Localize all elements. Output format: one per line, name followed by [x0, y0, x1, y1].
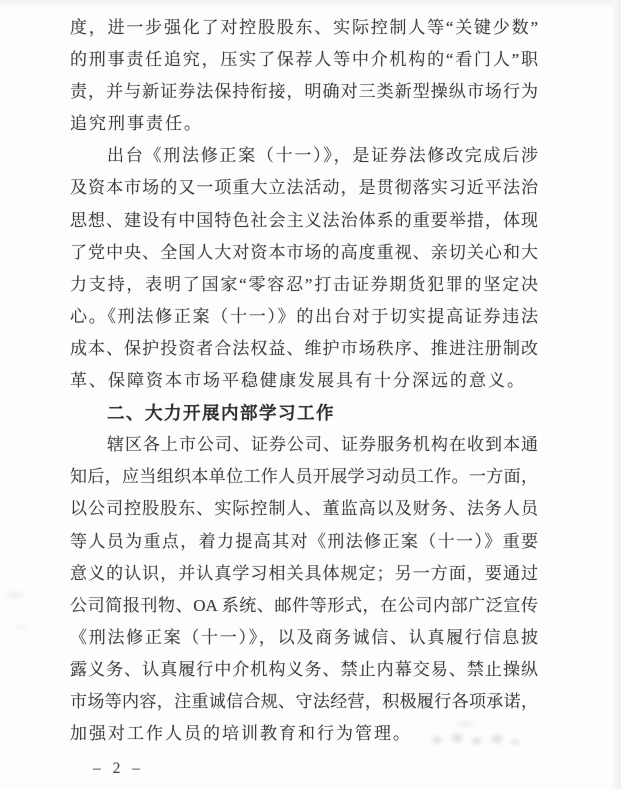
text-line: 知后，应当组织本单位工作人员开展学习动员工作。一方面， [70, 461, 538, 493]
text-line: 意义的认识，并认真学习相关具体规定；另一方面，要通过 [70, 558, 538, 590]
text-line: 了党中央、全国人大对资本市场的高度重视、亲切关心和大 [70, 237, 538, 269]
text-line: 加强对工作人员的培训教育和行为管理。 [70, 718, 538, 750]
text-line: 《刑法修正案（十一）》，以及商务诚信、认真履行信息披 [70, 622, 538, 654]
text-line: 及资本市场的又一项重大立法活动，是贯彻落实习近平法治 [70, 172, 538, 204]
text-line: 公司简报刊物、OA 系统、邮件等形式，在公司内部广泛宣传 [70, 590, 538, 622]
text-line: 的刑事责任追究，压实了保荐人等中介机构的“看门人”职 [70, 44, 538, 76]
text-line: 成本、保护投资者合法权益、维护市场秩序、推进注册制改 [70, 333, 538, 365]
text-line: 以公司控股股东、实际控制人、董监高以及财务、法务人员 [70, 493, 538, 525]
text-line: 心。《刑法修正案（十一）》的出台对于切实提高证券违法 [70, 301, 538, 333]
document-body: 度，进一步强化了对控股股东、实际控制人等“关键少数” 的刑事责任追究，压实了保荐… [70, 12, 538, 750]
page-number: – 2 – [93, 760, 144, 778]
text-line: 思想、建设有中国特色社会主义法治体系的重要举措，体现 [70, 205, 538, 237]
text-line: 出台《刑法修正案（十一）》，是证券法修改完成后涉 [70, 140, 538, 172]
section-heading: 二、大力开展内部学习工作 [70, 397, 538, 429]
text-line: 辖区各上市公司、证券公司、证券服务机构在收到本通 [70, 429, 538, 461]
scanned-document-page: 度，进一步强化了对控股股东、实际控制人等“关键少数” 的刑事责任追究，压实了保荐… [0, 0, 621, 789]
text-line: 等人员为重点，着力提高其对《刑法修正案（十一）》重要 [70, 526, 538, 558]
scan-shadow-top [0, 0, 621, 9]
text-line: 追究刑事责任。 [70, 108, 538, 140]
text-line: 市场等内容，注重诚信合规、守法经营，积极履行各项承诺， [70, 686, 538, 718]
text-line: 露义务、认真履行中介机构义务、禁止内幕交易、禁止操纵 [70, 654, 538, 686]
text-line: 度，进一步强化了对控股股东、实际控制人等“关键少数” [70, 12, 538, 44]
scan-smudge-left [2, 565, 42, 655]
text-line: 革、保障资本市场平稳健康发展具有十分深远的意义。 [70, 365, 538, 397]
text-line: 责，并与新证券法保持衔接，明确对三类新型操纵市场行为 [70, 76, 538, 108]
text-line: 力支持，表明了国家“零容忍”打击证券期货犯罪的坚定决 [70, 269, 538, 301]
scan-shadow-right [611, 0, 621, 789]
